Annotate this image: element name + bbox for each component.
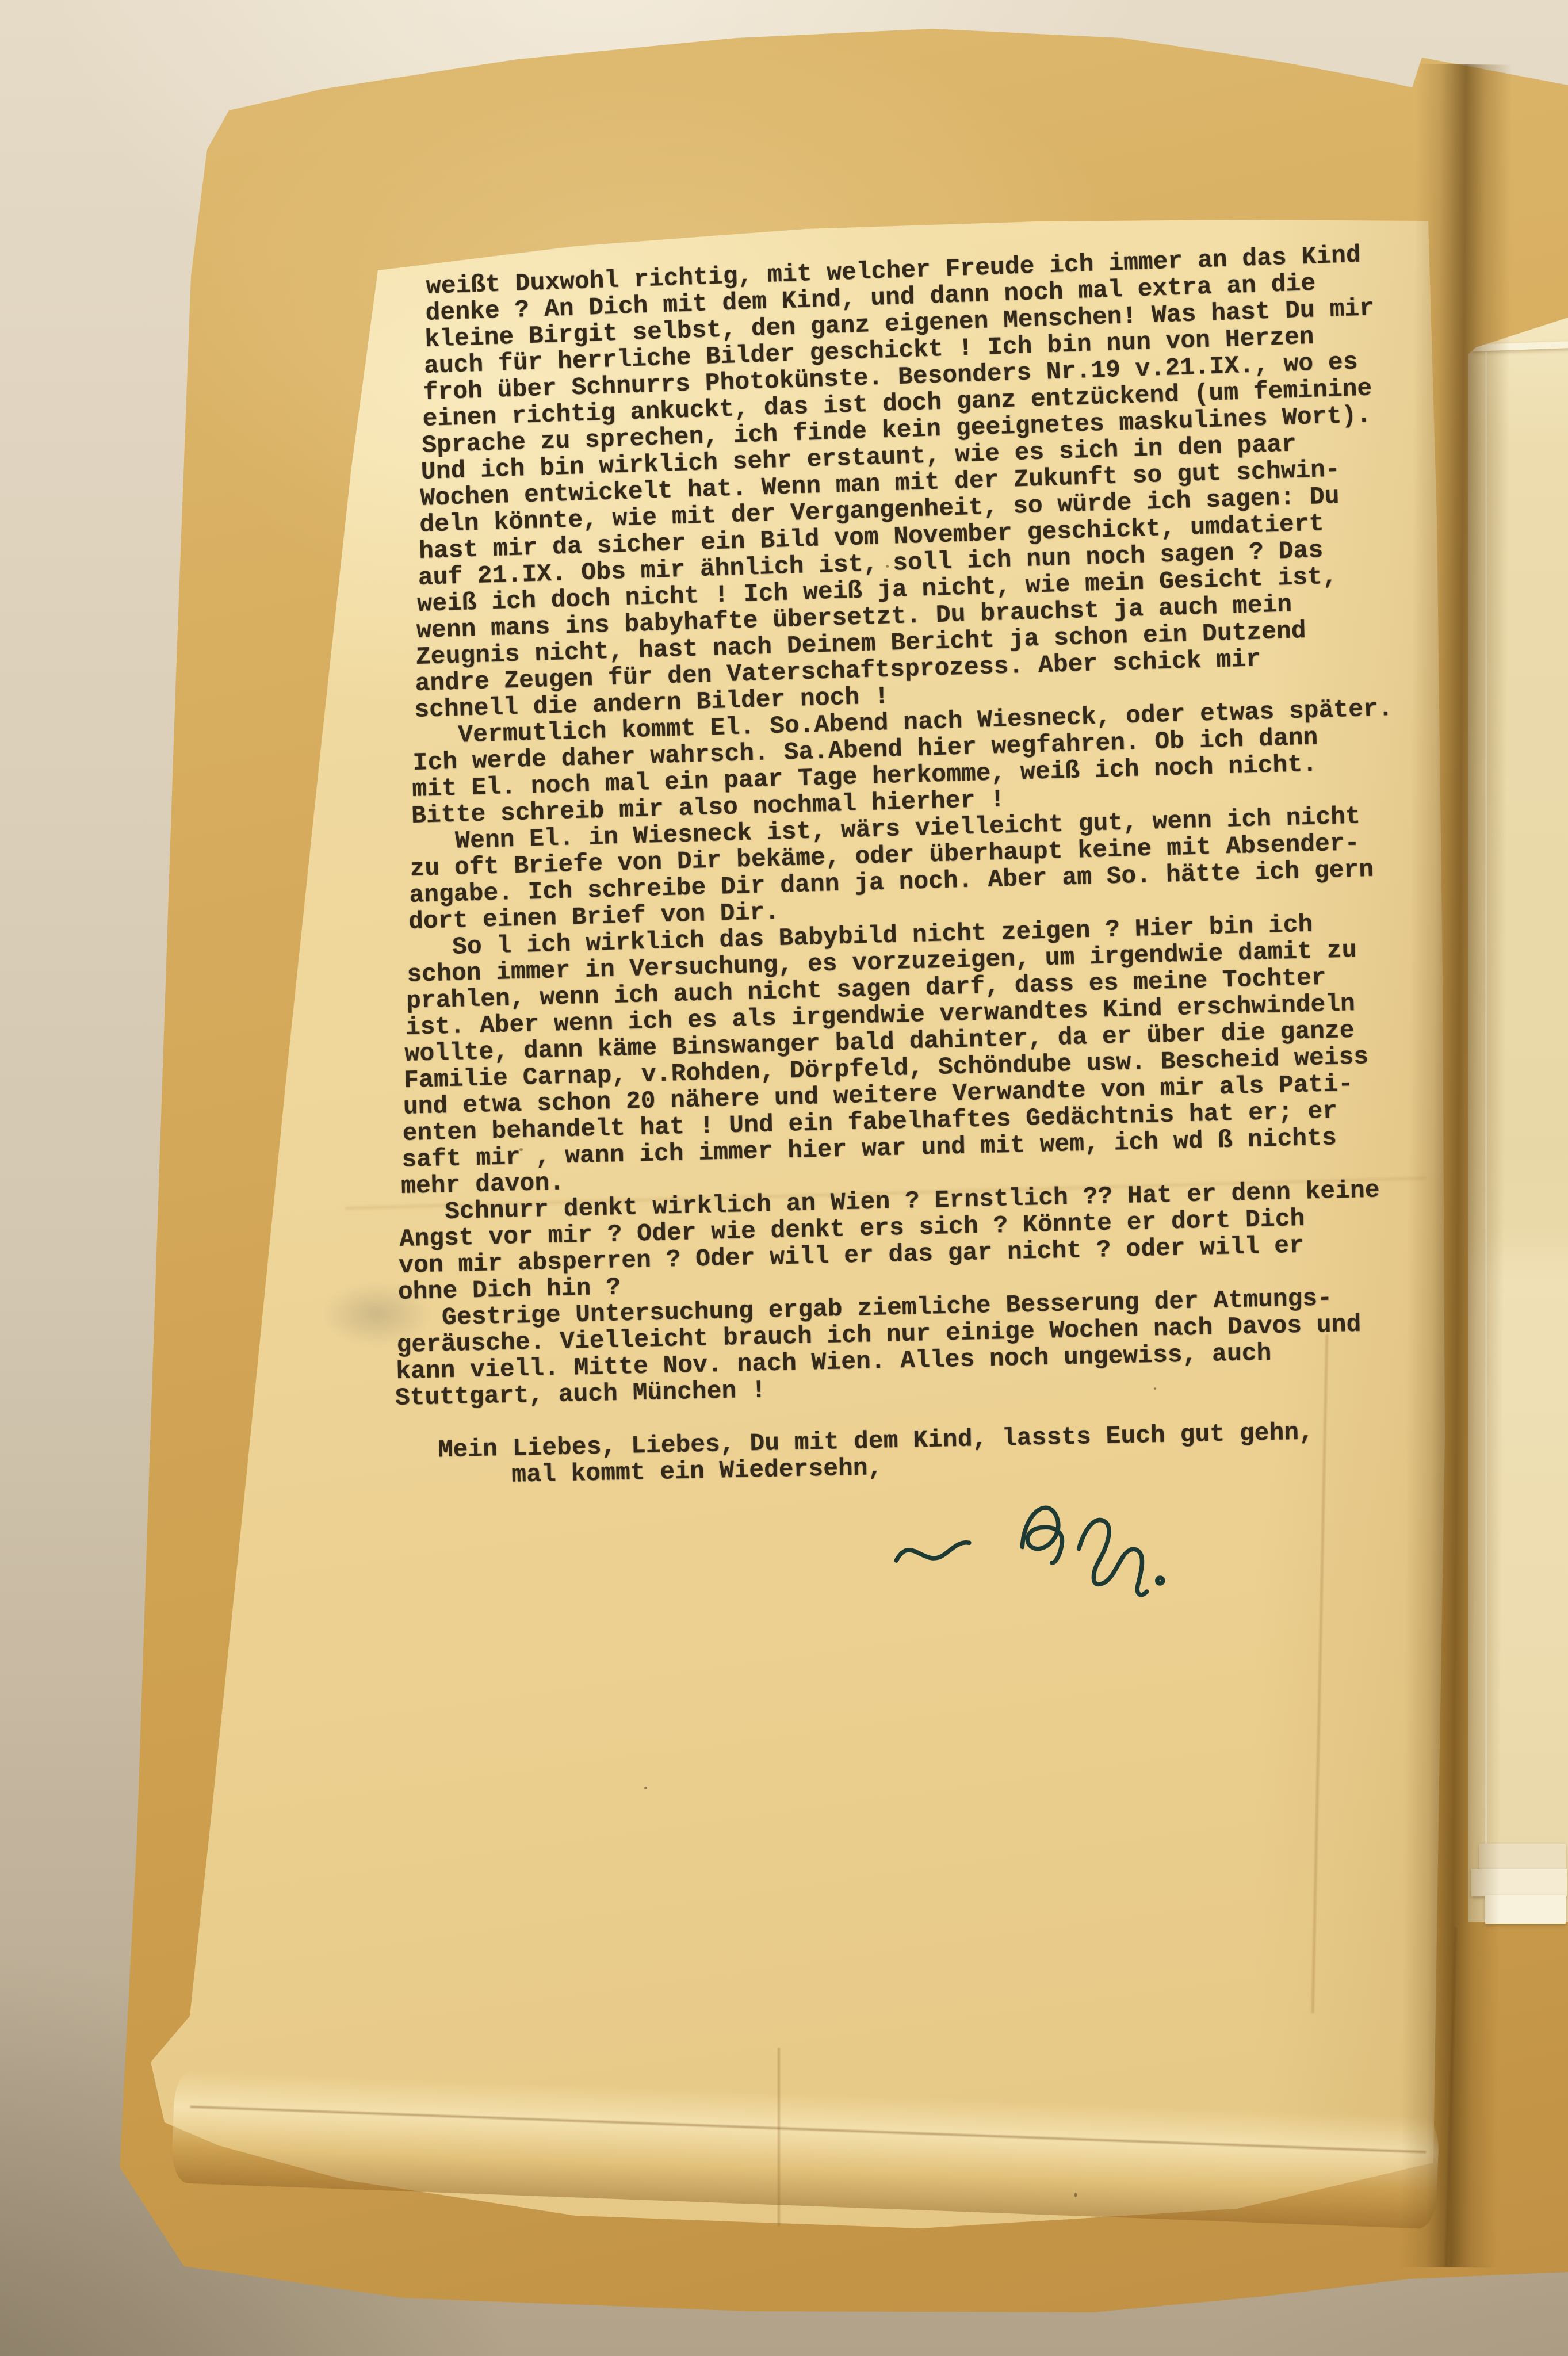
letter-lines: weißt Duxwohl richtig, mit welcher Freud… xyxy=(411,274,1401,1491)
handwritten-signature xyxy=(885,1470,1191,1617)
paper-speck xyxy=(644,1787,647,1789)
letter-vertical-crease-bottom xyxy=(778,2048,780,2226)
photo-of-letter-in-folder: weißt Duxwohl richtig, mit welcher Freud… xyxy=(0,0,1568,2356)
paper-speck xyxy=(1074,2193,1077,2197)
